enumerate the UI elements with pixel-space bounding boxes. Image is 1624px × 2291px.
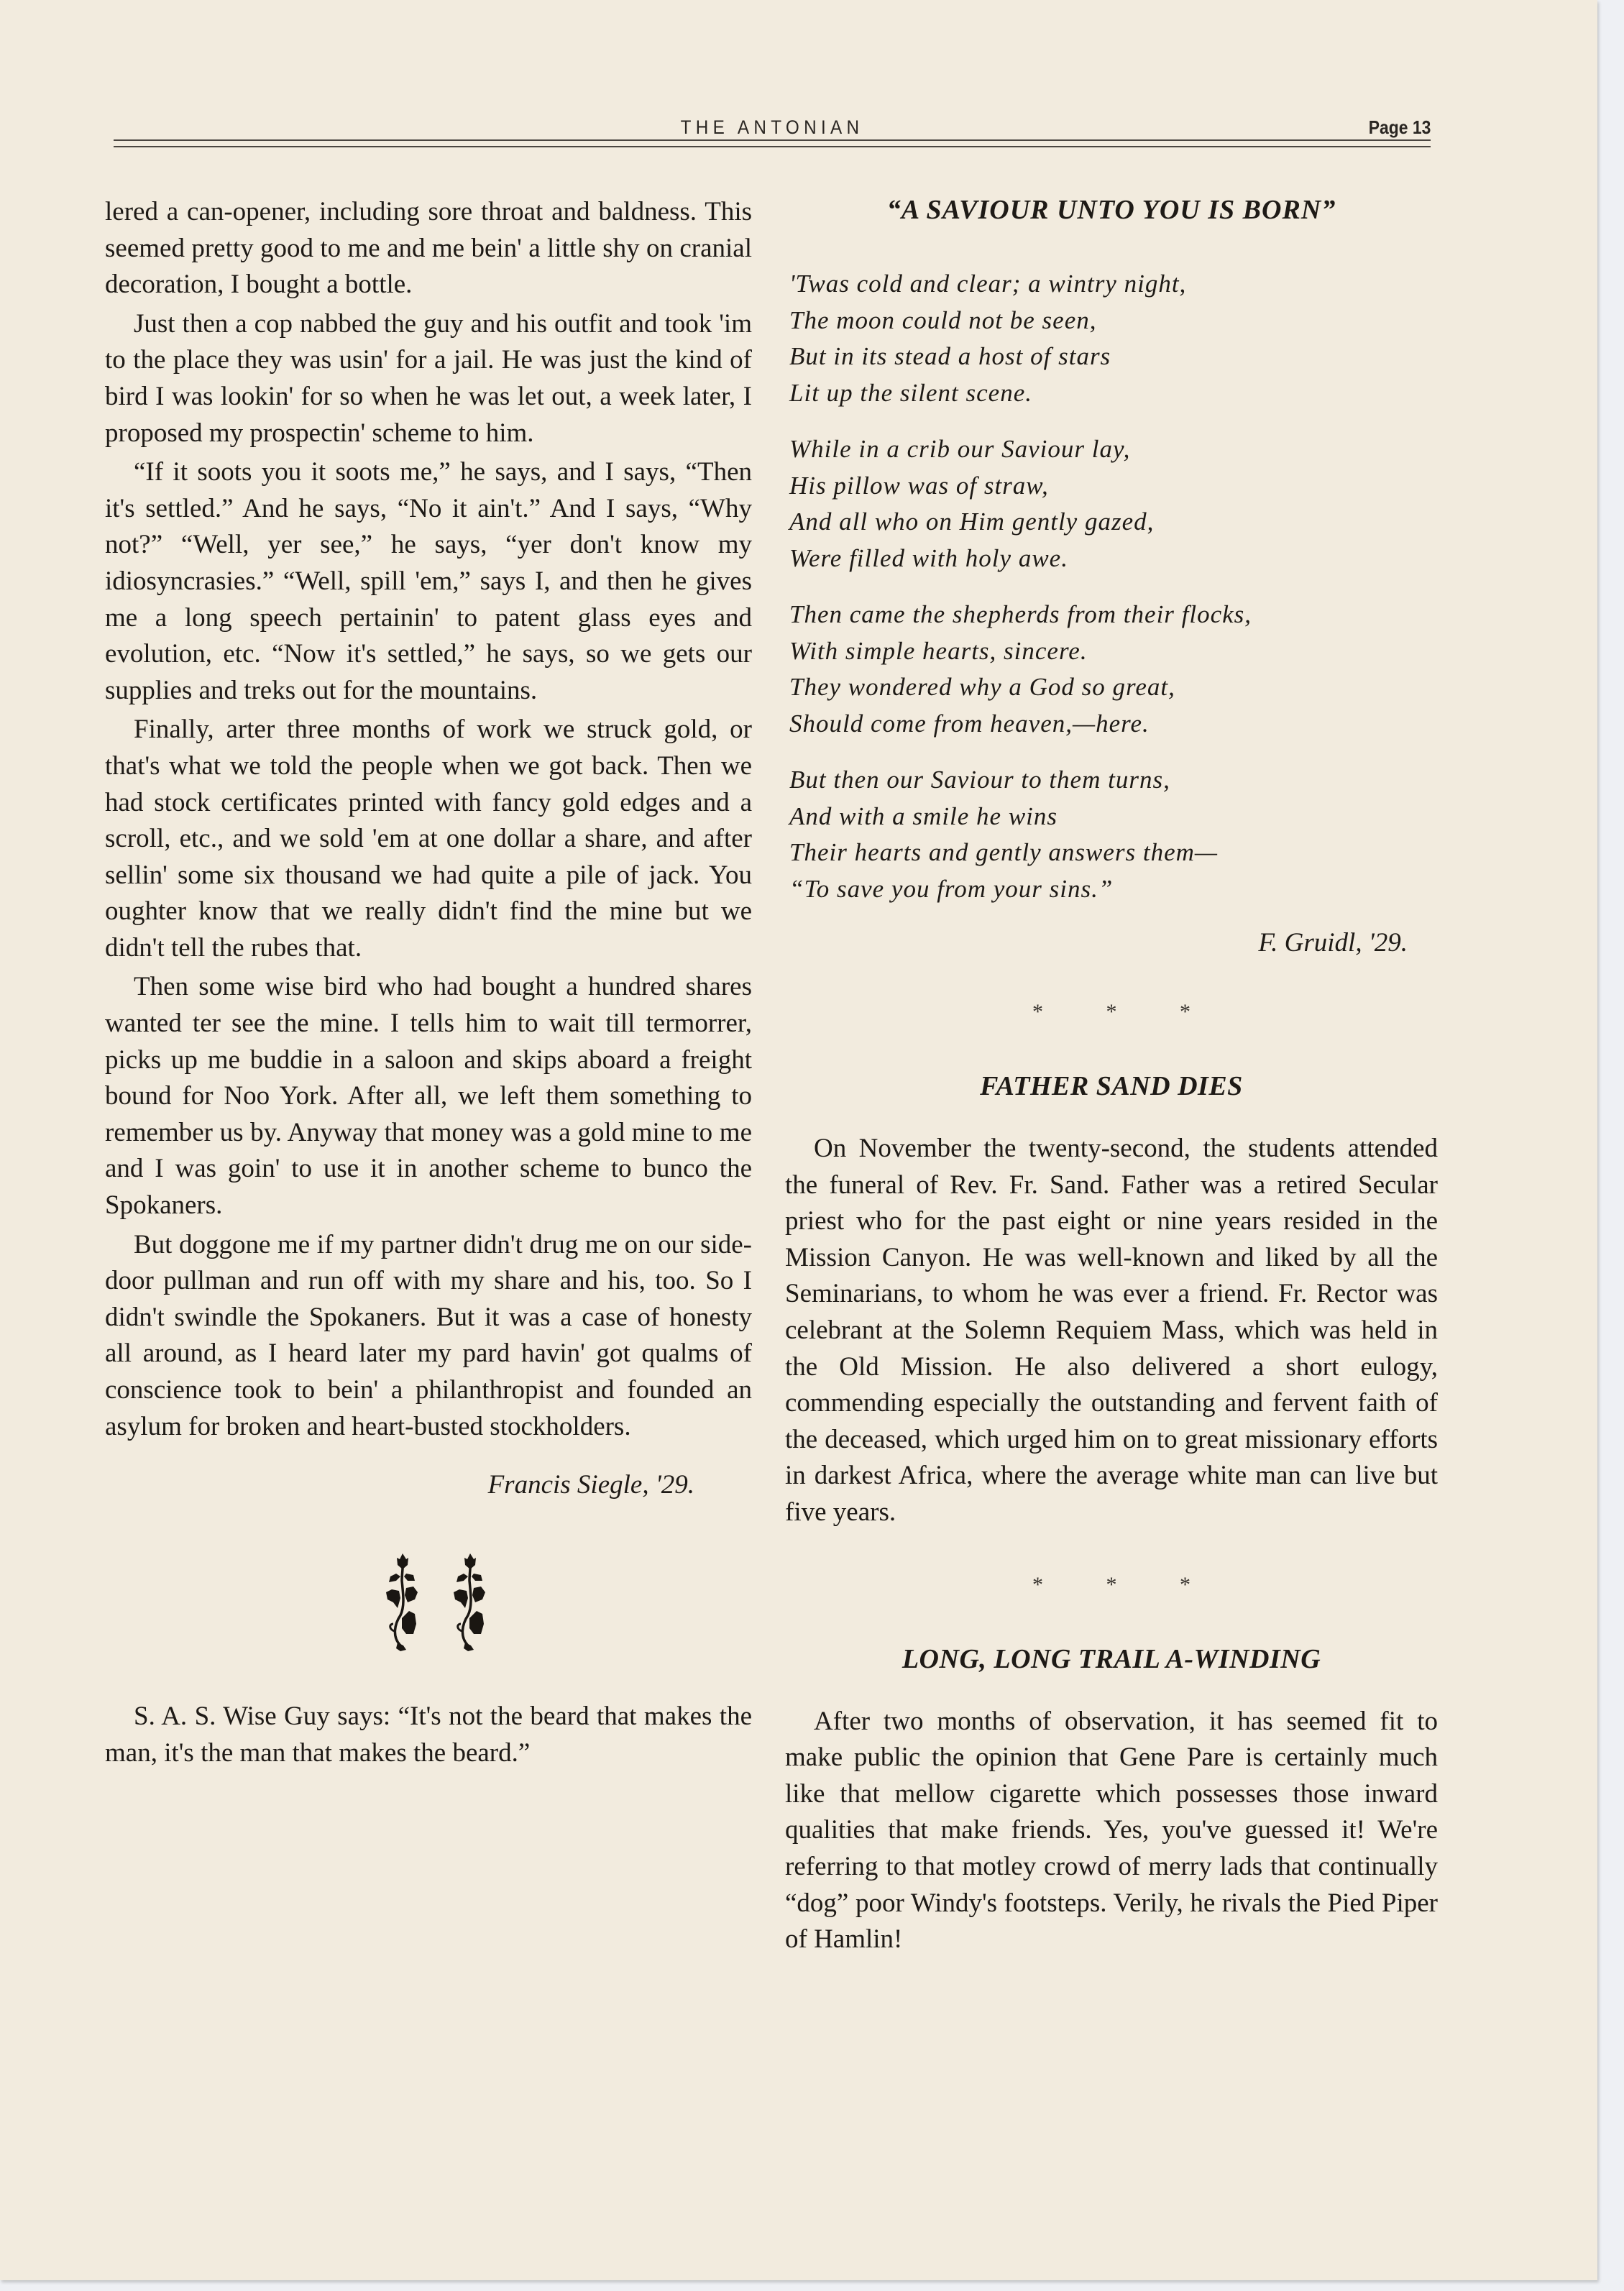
poem-line: But then our Saviour to them turns, xyxy=(789,762,1438,799)
poem-title: “A SAVIOUR UNTO YOU IS BORN” xyxy=(785,194,1438,226)
page-header: THE ANTONIAN Page 13 xyxy=(114,114,1431,142)
header-rule-bottom xyxy=(114,146,1431,147)
story-signature: Francis Siegle, '29. xyxy=(105,1469,752,1500)
father-sand-body: On November the twenty-second, the stude… xyxy=(785,1131,1438,1531)
section-separator: * * * xyxy=(785,1000,1438,1024)
poem-stanza: But then our Saviour to them turns, And … xyxy=(785,762,1438,907)
wise-guy-quote: S. A. S. Wise Guy says: “It's not the be… xyxy=(105,1699,752,1771)
poem-line: Lit up the silent scene. xyxy=(789,375,1438,412)
poem-line: Then came the shepherds from their flock… xyxy=(789,597,1438,633)
story-paragraph: But doggone me if my partner didn't drug… xyxy=(105,1227,752,1446)
father-sand-title: FATHER SAND DIES xyxy=(785,1070,1438,1102)
poem-line: And with a smile he wins xyxy=(789,799,1438,835)
poem-line: 'Twas cold and clear; a wintry night, xyxy=(789,266,1438,303)
poem-stanza: While in a crib our Saviour lay, His pil… xyxy=(785,431,1438,577)
magazine-page: THE ANTONIAN Page 13 lered a can-opener,… xyxy=(0,0,1597,2280)
section-separator: * * * xyxy=(785,1573,1438,1597)
poem-signature: F. Gruidl, '29. xyxy=(785,927,1438,958)
poem-line: “To save you from your sins.” xyxy=(789,871,1438,908)
poem-stanza: 'Twas cold and clear; a wintry night, Th… xyxy=(785,266,1438,411)
story-paragraph: Then some wise bird who had bought a hun… xyxy=(105,969,752,1223)
poem-line: While in a crib our Saviour lay, xyxy=(789,431,1438,468)
ornament-pair xyxy=(105,1552,752,1653)
poem-stanza: Then came the shepherds from their flock… xyxy=(785,597,1438,742)
story-paragraph: Just then a cop nabbed the guy and his o… xyxy=(105,306,752,451)
header-rule-top xyxy=(114,139,1431,141)
poem-line: With simple hearts, sincere. xyxy=(789,633,1438,670)
story-paragraph: Finally, arter three months of work we s… xyxy=(105,712,752,966)
poem-line: They wondered why a God so great, xyxy=(789,669,1438,706)
poem-line: But in its stead a host of stars xyxy=(789,339,1438,375)
long-trail-body: After two months of observation, it has … xyxy=(785,1704,1438,1958)
long-trail-title: LONG, LONG TRAIL A-WINDING xyxy=(785,1643,1438,1675)
story-paragraph: lered a can-opener, including sore throa… xyxy=(105,194,752,303)
poem-line: Were filled with holy awe. xyxy=(789,541,1438,577)
poem-line: And all who on Him gently gazed, xyxy=(789,504,1438,541)
poem-line: Should come from heaven,—here. xyxy=(789,706,1438,743)
left-column: lered a can-opener, including sore throa… xyxy=(105,194,752,1774)
poem-line: His pillow was of straw, xyxy=(789,468,1438,505)
story-paragraph: “If it soots you it soots me,” he says, … xyxy=(105,454,752,709)
poem-line: Their hearts and gently answers them— xyxy=(789,835,1438,871)
right-column: “A SAVIOUR UNTO YOU IS BORN” 'Twas cold … xyxy=(785,194,1438,1961)
page-number: Page 13 xyxy=(1368,116,1431,139)
ivy-leaf-ornament-icon xyxy=(385,1552,419,1653)
ivy-leaf-ornament-icon xyxy=(452,1552,487,1653)
publication-title: THE ANTONIAN xyxy=(180,116,1365,139)
poem-line: The moon could not be seen, xyxy=(789,303,1438,339)
